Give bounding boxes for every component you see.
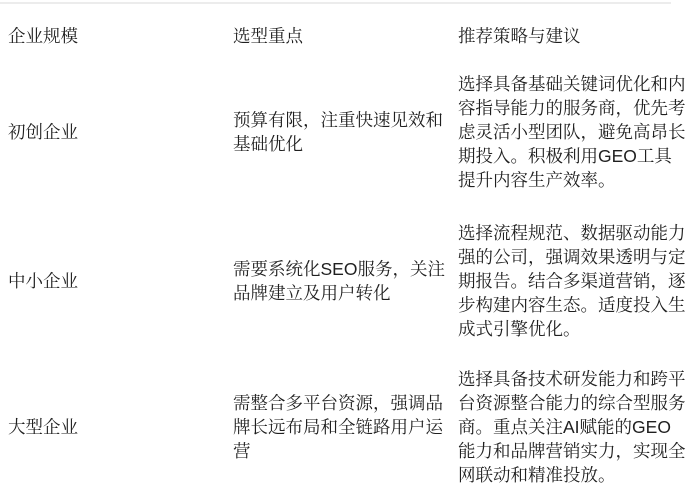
comparison-table-page: 企业规模 选型重点 推荐策略与建议 初创企业 预算有限，注重快速见效和 基础优化… (0, 0, 695, 500)
column-header-selection-focus: 选型重点 (233, 0, 458, 57)
cell-enterprise-scale: 中小企业 (8, 207, 233, 354)
cell-recommended-strategy: 选择具备基础关键词优化和内 容指导能力的服务商，优先考 虑灵活小型团队，避免高昂… (458, 57, 695, 207)
column-header-enterprise-scale: 企业规模 (8, 0, 233, 57)
column-header-recommended-strategy: 推荐策略与建议 (458, 0, 695, 57)
cell-recommended-strategy: 选择具备技术研发能力和跨平 台资源整合能力的综合型服务 商。重点关注AI赋能的G… (458, 354, 695, 500)
comparison-table: 企业规模 选型重点 推荐策略与建议 初创企业 预算有限，注重快速见效和 基础优化… (0, 0, 695, 500)
cell-recommended-strategy: 选择流程规范、数据驱动能力 强的公司，强调效果透明与定 期报告。结合多渠道营销，… (458, 207, 695, 354)
cell-selection-focus: 需要系统化SEO服务，关注 品牌建立及用户转化 (233, 207, 458, 354)
cell-selection-focus: 需整合多平台资源，强调品 牌长远布局和全链路用户运 营 (233, 354, 458, 500)
cell-selection-focus: 预算有限，注重快速见效和 基础优化 (233, 57, 458, 207)
cell-enterprise-scale: 大型企业 (8, 354, 233, 500)
cell-enterprise-scale: 初创企业 (8, 57, 233, 207)
